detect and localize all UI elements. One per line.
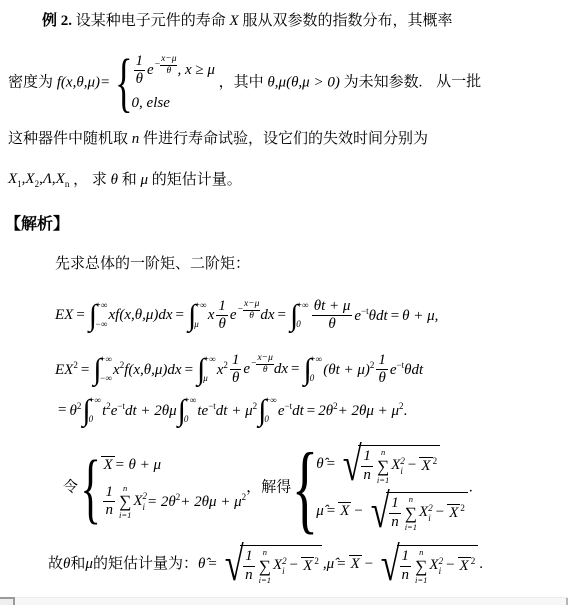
text-run: ，	[246, 479, 261, 495]
cases-rows: X= θ + μ1nn∑i=1X2i= 2θ2+ 2θμ + μ2	[101, 456, 246, 520]
upper-limit: +∞	[100, 354, 113, 366]
fraction: 1θ	[134, 53, 146, 89]
ex2-formula-line1: EX2=∫+∞−∞x2f(x,θ,μ)dx=∫+∞μx21θe−x−μθdx=∫…	[55, 352, 423, 388]
exponent: 2	[314, 556, 319, 566]
text-run: 令	[63, 479, 78, 495]
final-result: 故θ和μ的矩估计量为：θ̂=√1nn∑i=1X2i−X2,μ̂=X−√1nn∑i…	[48, 545, 483, 584]
upper-limit: +∞	[203, 354, 216, 366]
lower-limit: i=1	[259, 576, 271, 585]
integral-limits: +∞0	[264, 394, 277, 428]
math-group: x2f(x,θ,μ)dx=	[113, 360, 196, 381]
integral-limits: +∞μ	[194, 299, 207, 333]
integral: ∫+∞−∞	[89, 299, 108, 333]
integral: ∫+∞−∞	[93, 353, 112, 387]
fraction: x−μθ	[243, 299, 260, 321]
sample-list: X1,X2,Λ,Xn	[8, 170, 69, 191]
math-token: X	[56, 171, 65, 187]
integral-limits: +∞−∞	[95, 299, 108, 333]
fraction: 1n	[400, 548, 412, 584]
moment-system: 令{X= θ + μ1nn∑i=1X2i= 2θ2+ 2θμ + μ2，解得{θ…	[63, 438, 473, 538]
text-run: 【解析】	[5, 216, 69, 233]
subscript: i	[439, 566, 444, 576]
subscript: i	[282, 566, 287, 576]
math-token: + 2θμ + μ	[338, 403, 399, 419]
example-label: 例 2.	[42, 13, 72, 29]
text-run: 设某种电子元件的寿命	[76, 13, 226, 29]
upper-limit: +∞	[296, 300, 309, 312]
xbar: X	[447, 504, 460, 522]
upper-limit: +∞	[194, 300, 207, 312]
problem-line-1: 例 2. 设某种电子元件的寿命 X 服从双参数的指数分布，其概率	[42, 12, 452, 32]
math-token: .	[404, 403, 408, 419]
math-token: e	[278, 403, 285, 419]
math-token: =	[185, 362, 193, 378]
exponent: 2	[253, 401, 258, 411]
math-token: θdt	[369, 308, 388, 324]
summation: n∑i=1	[405, 495, 417, 531]
lower-limit: i=1	[405, 523, 417, 532]
math-token: = θ + μ	[115, 457, 161, 473]
lower-limit: μ	[194, 319, 207, 331]
math-token: f(x,θ,μ)=	[57, 74, 110, 90]
integral-limits: +∞0	[89, 394, 102, 428]
math-token: =	[327, 456, 335, 472]
math-token: =	[81, 362, 89, 378]
exponent: −x−μθ	[238, 299, 261, 321]
math-token: θ	[69, 403, 76, 419]
lower-limit: 0	[184, 414, 197, 426]
lower-limit: 0	[264, 414, 277, 426]
fraction-denominator: θ	[160, 66, 177, 76]
math-token: .	[479, 556, 483, 572]
upper-limit: +∞	[95, 300, 108, 312]
cases-rows: θ̂=√1nn∑i=1X2i−X2μ̂=X−√1nn∑i=1X2i−X2	[316, 445, 469, 531]
text-run: 的矩估计量。	[152, 172, 242, 188]
exponent: 2	[428, 503, 433, 513]
subscript: i	[428, 513, 433, 523]
integral: ∫+∞0	[82, 394, 101, 428]
sum-symbol: ∑	[119, 493, 131, 510]
exponent: 2	[471, 556, 476, 566]
fraction: 1n	[103, 484, 115, 520]
fraction-numerator: 1	[361, 448, 373, 466]
math-token: (θt + μ)	[323, 362, 370, 378]
upper-limit: n	[409, 495, 413, 504]
math-token: X	[230, 13, 239, 29]
math-group: (θt + μ)2	[323, 360, 374, 381]
integral: ∫+∞μ	[188, 299, 207, 333]
left-brace: {	[115, 50, 132, 116]
text-run: 件进行寿命试验，设它们的失效时间分别为	[143, 131, 428, 147]
scrollbar-corner[interactable]	[0, 597, 15, 605]
exponent: 2	[370, 360, 375, 370]
radical-symbol: √	[381, 546, 400, 583]
fraction-denominator: θ	[216, 316, 228, 333]
sub-sup-stack: 2i	[282, 556, 287, 577]
fraction-denominator: n	[389, 514, 401, 531]
math-group: X2	[419, 456, 437, 477]
sum-symbol: ∑	[377, 458, 389, 475]
math-group: X2	[458, 556, 476, 577]
integral-limits: +∞0	[310, 353, 323, 387]
math-token: xf(x,θ,μ)dx	[109, 307, 173, 323]
math-token: Λ	[43, 171, 52, 187]
integral: ∫+∞μ	[197, 353, 216, 387]
math-group: X2	[301, 556, 319, 577]
analysis-header: 【解析】	[5, 215, 69, 236]
math-token: =	[291, 361, 299, 377]
subscript: n	[65, 179, 70, 189]
integral-limits: +∞0	[296, 299, 309, 333]
fraction: 1θ	[376, 352, 388, 388]
problem-line-4: X1,X2,Λ,Xn ， 求 θ 和 μ 的矩估计量。	[8, 170, 242, 191]
xbar: X	[458, 557, 471, 575]
fraction-denominator: θ	[243, 311, 260, 321]
math-token: 2θ	[318, 403, 333, 419]
math-token: −	[365, 556, 373, 572]
integral: ∫+∞0	[178, 394, 197, 428]
math-group: e−tθdt=θ + μ,	[354, 306, 438, 327]
summation: n∑i=1	[119, 484, 131, 520]
radical: √1nn∑i=1X2i−X2	[339, 445, 440, 484]
integral-limits: +∞μ	[203, 353, 216, 387]
subscript: i	[400, 466, 405, 476]
math-token: X	[391, 456, 400, 476]
math-token: θdt	[404, 362, 423, 378]
math-token: −	[354, 503, 362, 519]
math-token: −	[408, 456, 416, 476]
exponent: 2	[433, 456, 438, 466]
theta-hat: θ̂	[198, 556, 205, 572]
integral-limits: +∞−∞	[100, 353, 113, 387]
xbar: X	[349, 555, 362, 573]
math-group: θ2	[69, 401, 81, 422]
fraction-denominator: n	[361, 467, 373, 484]
solution-cases: {θ̂=√1nn∑i=1X2i−X2μ̂=X−√1nn∑i=1X2i−X2	[291, 438, 469, 538]
fraction: θt + μθ	[312, 298, 353, 334]
case-row-1: 1θe−x−μθ, x ≥ μ	[132, 53, 215, 89]
lower-limit: 0	[296, 319, 309, 331]
text-run: 和	[122, 172, 137, 188]
fraction-numerator: 1	[243, 548, 255, 566]
problem-line-2: 密度为 f(x,θ,μ)= { 1θe−x−μθ, x ≥ μ 0, else …	[8, 50, 481, 116]
sub-sup-stack: 2i	[428, 503, 433, 524]
problem-line-3: 这种器件中随机取 n 件进行寿命试验，设它们的失效时间分别为	[8, 130, 428, 150]
math-token: dt + μ	[216, 403, 253, 419]
math-token: n	[132, 131, 140, 147]
radical-body: 1nn∑i=1X2i−X2	[358, 445, 440, 484]
math-token: .	[469, 479, 473, 495]
math-token: =	[337, 556, 345, 572]
math-token: μ	[85, 556, 93, 572]
math-token: + 2θμ + μ	[180, 494, 241, 510]
radical: √1nn∑i=1X2i−X2	[377, 545, 478, 584]
step-text: 先求总体的一阶矩、二阶矩：	[55, 255, 250, 275]
horizontal-scrollbar-track[interactable]	[0, 597, 568, 605]
math-token: EX	[55, 362, 73, 378]
solution-row-1: θ̂=√1nn∑i=1X2i−X2	[316, 445, 469, 484]
math-group: X	[133, 492, 142, 512]
math-token: X	[8, 171, 17, 187]
fraction-numerator: 1	[389, 495, 401, 513]
text-run: ， 求	[73, 172, 107, 188]
exponent: −t	[208, 401, 216, 411]
fraction-numerator: x−μ	[243, 299, 260, 310]
math-token: X	[429, 556, 438, 576]
fraction-numerator: 1	[216, 298, 228, 316]
radical-body: 1nn∑i=1X2i−X2	[397, 545, 479, 584]
lower-limit: −∞	[95, 319, 108, 331]
left-brace: {	[80, 449, 101, 527]
fraction-denominator: θ	[134, 71, 146, 88]
radical-symbol: √	[343, 446, 362, 483]
math-token: dt + 2θμ	[125, 403, 177, 419]
fraction: x−μθ	[160, 54, 177, 76]
math-token: −	[446, 556, 454, 576]
math-group: te−tdt + μ2	[197, 401, 257, 422]
ex2-formula-line2: =θ2∫+∞0t2e−tdt + 2θμ∫+∞0te−tdt + μ2∫+∞0e…	[55, 394, 407, 428]
exponent: 2	[460, 503, 465, 513]
math-token: dx	[274, 361, 288, 377]
fraction: 1n	[243, 548, 255, 584]
summation: n∑i=1	[259, 548, 271, 584]
upper-limit: +∞	[310, 354, 323, 366]
fraction-numerator: 1	[230, 352, 242, 370]
fraction-numerator: x−μ	[160, 54, 177, 65]
math-token: μ	[140, 172, 148, 188]
math-token: θ,μ(θ,μ > 0)	[267, 74, 339, 90]
math-token: =	[176, 307, 184, 323]
math-token: =	[76, 307, 84, 323]
ex-formula: EX=∫+∞−∞xf(x,θ,μ)dx=∫+∞μx1θe−x−μθdx=∫+∞0…	[55, 298, 438, 334]
fraction-denominator: θ	[256, 365, 273, 375]
math-group: e−tθdt	[390, 360, 423, 381]
math-token: e	[243, 361, 250, 377]
text-run: 服从双参数的指数分布，其概率	[242, 13, 452, 29]
fraction-denominator: θ	[230, 370, 242, 387]
radical-body: 1nn∑i=1X2i−X2	[386, 492, 468, 531]
sum-symbol: ∑	[415, 558, 427, 575]
upper-limit: +∞	[184, 395, 197, 407]
upper-limit: n	[123, 484, 127, 493]
math-token: te	[197, 403, 208, 419]
math-group: = 2θ2+ 2θμ + μ2	[147, 492, 246, 513]
upper-limit: +∞	[264, 395, 277, 407]
fraction-numerator: x−μ	[256, 353, 273, 364]
fraction-denominator: n	[103, 502, 115, 519]
exponent: 2	[400, 456, 405, 466]
exponent: −t	[285, 401, 293, 411]
fraction: 1n	[361, 448, 373, 484]
text-run: 密度为	[8, 74, 53, 90]
sum-symbol: ∑	[259, 558, 271, 575]
math-token: = 2θ	[147, 494, 176, 510]
mu-hat: μ̂	[327, 556, 335, 572]
document-page: 例 2. 设某种电子元件的寿命 X 服从双参数的指数分布，其概率 密度为 f(x…	[0, 0, 568, 605]
exponent: 2	[223, 360, 228, 370]
xbar: X	[301, 557, 314, 575]
xbar: X	[338, 502, 351, 520]
math-token: x	[208, 307, 215, 323]
exponent: −x−μθ	[251, 353, 274, 375]
fraction-numerator: 1	[103, 484, 115, 502]
math-token: dx	[260, 307, 274, 323]
fraction-denominator: n	[243, 567, 255, 584]
exponent: −t	[361, 306, 369, 316]
math-token: =	[58, 402, 66, 418]
lower-limit: −∞	[100, 373, 113, 385]
text-run: 故	[48, 556, 63, 572]
system-row-1: X= θ + μ	[101, 456, 246, 476]
fraction-numerator: 1	[400, 548, 412, 566]
summation: n∑i=1	[377, 448, 389, 484]
case-row-2: 0, else	[132, 94, 215, 114]
exponent: 2	[77, 401, 82, 411]
system-cases: {X= θ + μ1nn∑i=1X2i= 2θ2+ 2θμ + μ2	[78, 449, 246, 527]
fraction-numerator: 1	[134, 53, 146, 71]
radical-symbol: √	[371, 493, 390, 530]
exponent: 2	[439, 556, 444, 566]
summation: n∑i=1	[415, 548, 427, 584]
math-token: θ	[111, 172, 118, 188]
text-run: 和	[70, 556, 85, 572]
text-run: 为未知参数.	[344, 74, 423, 90]
math-group: EX2=	[55, 360, 92, 381]
math-token: e	[230, 307, 237, 323]
math-token: X	[419, 503, 428, 523]
math-token: e	[147, 62, 154, 78]
lower-limit: μ	[203, 373, 216, 385]
integral: ∫+∞0	[304, 353, 323, 387]
math-token: EX	[55, 307, 73, 323]
fraction: 1n	[389, 495, 401, 531]
math-group: t2e−tdt + 2θμ	[102, 401, 177, 422]
fraction-denominator: θ	[312, 316, 353, 333]
exponent: −t	[117, 401, 125, 411]
piecewise-cases: { 1θe−x−μθ, x ≥ μ 0, else	[114, 50, 215, 116]
radical: √1nn∑i=1X2i−X2	[367, 492, 468, 531]
exponent: 2	[282, 556, 287, 566]
math-token: X	[273, 556, 282, 576]
fraction-denominator: n	[400, 567, 412, 584]
radical: √1nn∑i=1X2i−X2	[221, 545, 322, 584]
fraction: 1θ	[216, 298, 228, 334]
math-token: −	[290, 556, 298, 576]
math-group: X2	[447, 503, 465, 524]
integral: ∫+∞0	[258, 394, 277, 428]
radical-symbol: √	[224, 546, 243, 583]
xbar: X	[419, 457, 432, 475]
sub-sup-stack: 2i	[400, 456, 405, 477]
upper-limit: n	[381, 448, 385, 457]
sum-symbol: ∑	[405, 505, 417, 522]
text-run: 先求总体的一阶矩、二阶矩：	[55, 256, 250, 272]
upper-limit: +∞	[89, 395, 102, 407]
exponent: 2	[73, 360, 78, 370]
upper-limit: n	[263, 548, 267, 557]
radical-body: 1nn∑i=1X2i−X2	[240, 545, 322, 584]
math-token: e	[390, 362, 397, 378]
math-token: θ + μ,	[402, 308, 438, 324]
math-token: =	[307, 403, 315, 419]
math-token: =	[208, 556, 216, 572]
upper-limit: n	[419, 548, 423, 557]
fraction-denominator: θ	[376, 370, 388, 387]
math-token: =	[327, 503, 335, 519]
math-group: e−tdt=2θ2+ 2θμ + μ2.	[278, 401, 407, 422]
fraction: x−μθ	[256, 353, 273, 375]
xbar: X	[101, 456, 114, 474]
text-run: 的矩估计量为：	[93, 556, 198, 572]
text-run: 这种器件中随机取	[8, 131, 128, 147]
math-token: f(x,θ,μ)dx	[124, 362, 181, 378]
math-token: , x ≥ μ	[177, 62, 214, 78]
lower-limit: i=1	[377, 476, 389, 485]
lower-limit: i=1	[415, 576, 427, 585]
text-run: 解得	[261, 479, 291, 495]
lower-limit: 0	[89, 414, 102, 426]
lower-limit: i=1	[119, 511, 131, 520]
math-token: X	[25, 171, 34, 187]
fraction-numerator: 1	[376, 352, 388, 370]
solution-row-2: μ̂=X−√1nn∑i=1X2i−X2	[316, 492, 469, 531]
left-brace: {	[292, 438, 318, 538]
exponent: −x−μθ	[155, 54, 178, 76]
math-token: dt	[292, 403, 304, 419]
math-group: x2	[217, 360, 228, 381]
integral: ∫+∞0	[290, 299, 309, 333]
fraction: 1θ	[230, 352, 242, 388]
math-token: −	[436, 503, 444, 523]
system-row-2: 1nn∑i=1X2i= 2θ2+ 2θμ + μ2	[101, 484, 246, 520]
text-run: ，其中	[219, 74, 264, 90]
cases-rows: 1θe−x−μθ, x ≥ μ 0, else	[132, 53, 215, 113]
text-run: 从一批	[436, 74, 481, 90]
math-token: x	[113, 362, 120, 378]
math-token: =	[391, 308, 399, 324]
fraction-numerator: θt + μ	[312, 298, 353, 316]
sub-sup-stack: 2i	[439, 556, 444, 577]
math-token: =	[278, 307, 286, 323]
lower-limit: 0	[310, 373, 323, 385]
math-token: X	[133, 493, 142, 509]
integral-limits: +∞0	[184, 394, 197, 428]
